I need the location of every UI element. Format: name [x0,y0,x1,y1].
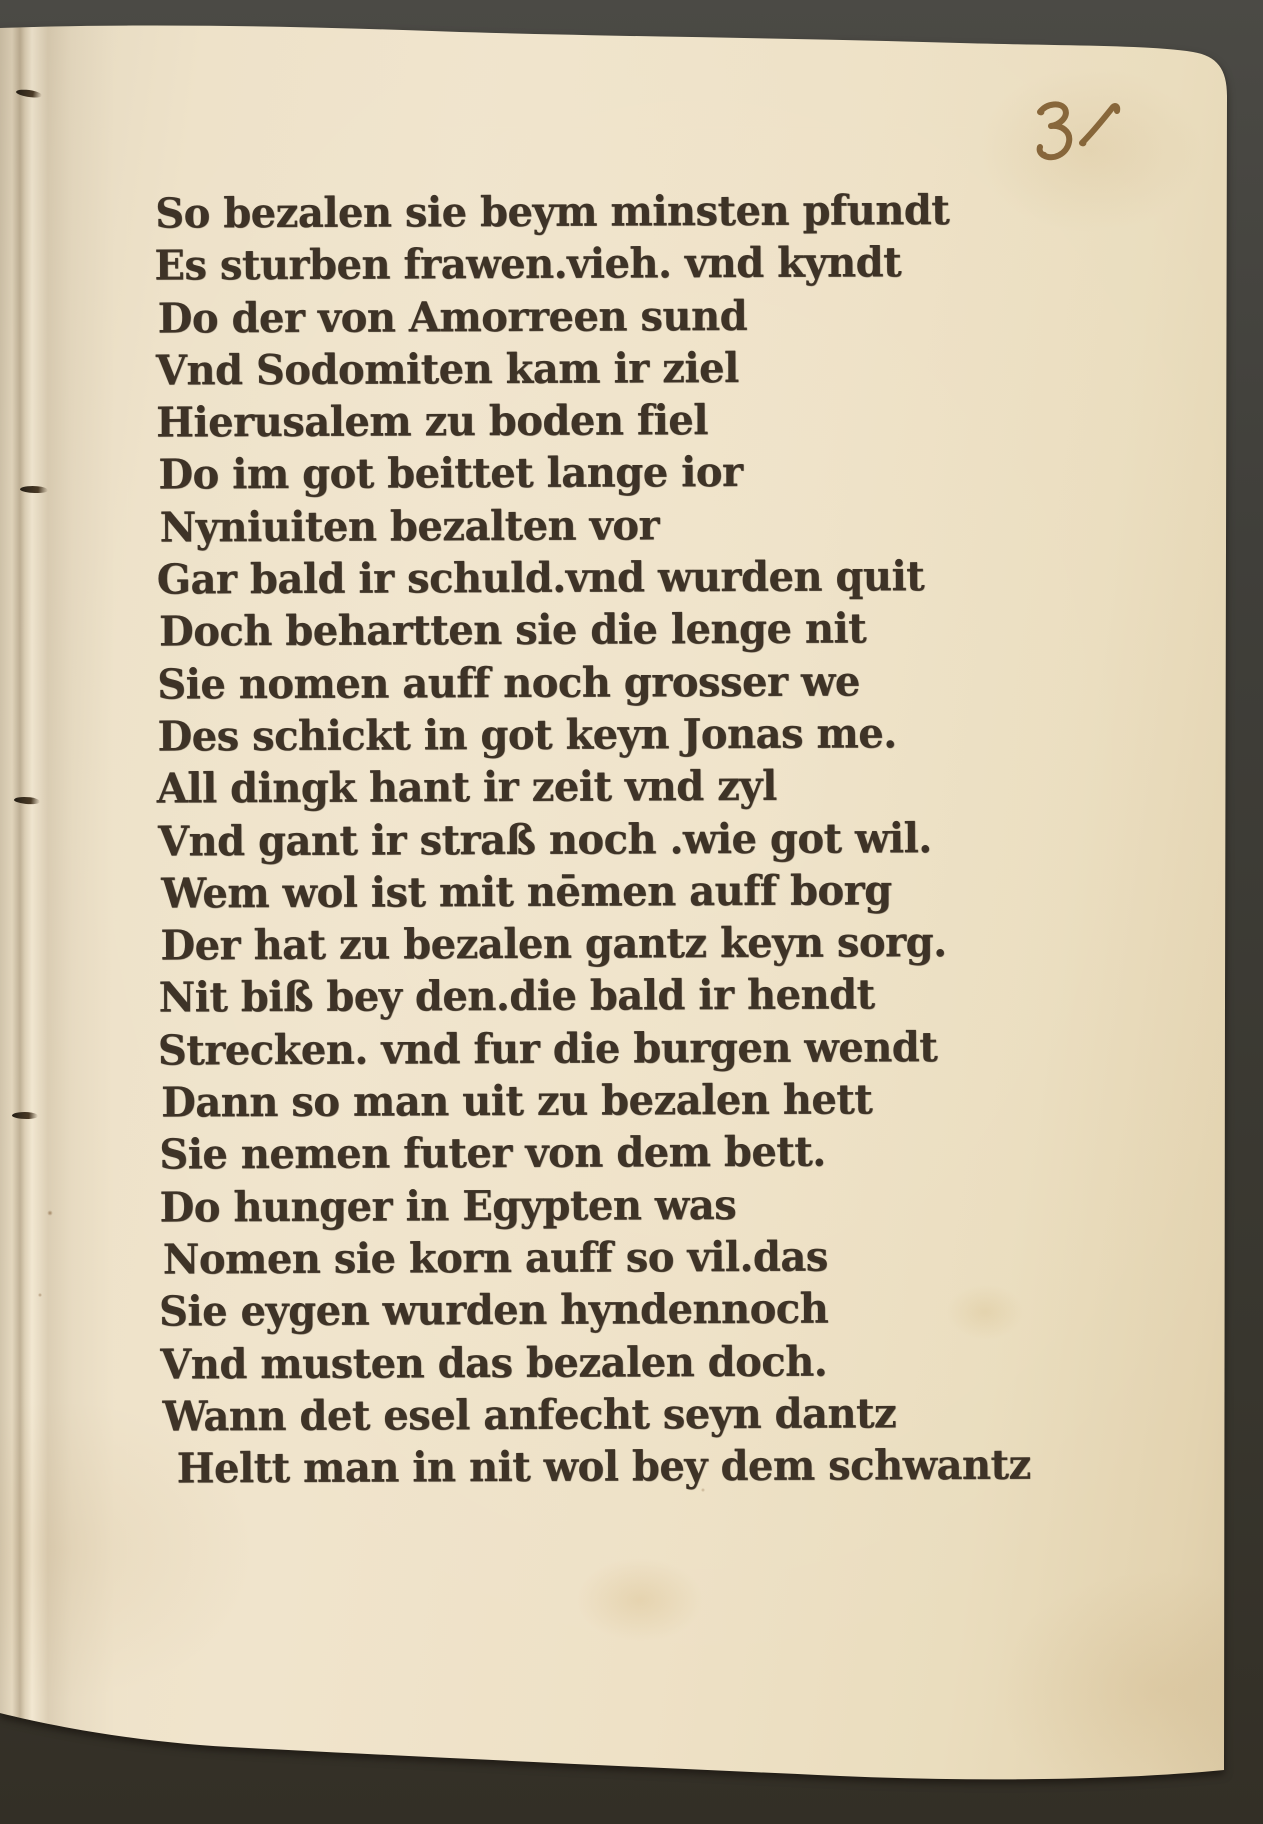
verse-line: Sie nomen auff noch grosser we [157,654,1117,712]
verse-line: Sie nemen futer von dem bett. [159,1124,1119,1182]
binding-stitch [12,1111,38,1119]
page-shadow-wrap: 31 So bezalen sie beym minsten pfundt Es… [0,0,1263,1824]
verse-line: Hierusalem zu boden fiel [156,392,1116,450]
verse-line: Nyniuiten bezalten vor [160,497,1117,555]
verse-line: Do im got beittet lange ior [158,445,1116,503]
verse-line: Gar bald ir schuld.vnd wurden quit [157,549,1117,607]
verse-line: Strecken. vnd fur die burgen wendt [158,1020,1119,1078]
verse-line: Doch behartten sie die lenge nit [159,601,1117,659]
verse-line: Vnd gant ir straß noch .wie got wil. [158,811,1118,869]
verse-line: Sie eygen wurden hyndennoch [159,1281,1120,1339]
binding-stitch [20,485,48,494]
verse-line: So bezalen sie beym minsten pfundt [155,183,1115,241]
book-page: 31 So bezalen sie beym minsten pfundt Es… [0,0,1263,1824]
verse-line: Wann det esel anfecht seyn dantz [162,1386,1120,1444]
verse-line: Dann so man uit zu bezalen hett [161,1072,1119,1130]
verse-line: Vnd Sodomiten kam ir ziel [156,340,1116,398]
verse-line: Wem wol ist mit nēmen auff borg [161,863,1118,921]
verse-line: Es sturben frawen.vieh. vnd kyndt [154,235,1115,293]
handwritten-digits-icon [1028,98,1140,170]
verse-line: Vnd musten das bezalen doch. [160,1334,1120,1392]
verse-line: All dingk hant ir zeit vnd zyl [157,758,1118,816]
verse-line: Nit biß bey den.die bald ir hendt [159,968,1119,1026]
scan-background: 31 So bezalen sie beym minsten pfundt Es… [0,0,1263,1824]
verse-line: Der hat zu bezalen gantz keyn sorg. [160,915,1118,973]
binding-stitch [16,88,43,99]
verse-line: Des schickt in got keyn Jonas me. [157,706,1117,764]
poem-text-block: So bezalen sie beym minsten pfundt Es st… [155,184,1121,1496]
verse-line: Heltt man in nit wol bey dem schwantz [177,1438,1121,1496]
folio-number-text: 31 [1028,170,1029,171]
handwritten-folio-number: 31 [1028,98,1140,170]
binding-stitch [14,796,41,806]
verse-line: Do hunger in Egypten was [159,1177,1119,1235]
verse-line: Nomen sie korn auff so vil.das [163,1229,1120,1287]
verse-line: Do der von Amorreen sund [158,288,1116,346]
